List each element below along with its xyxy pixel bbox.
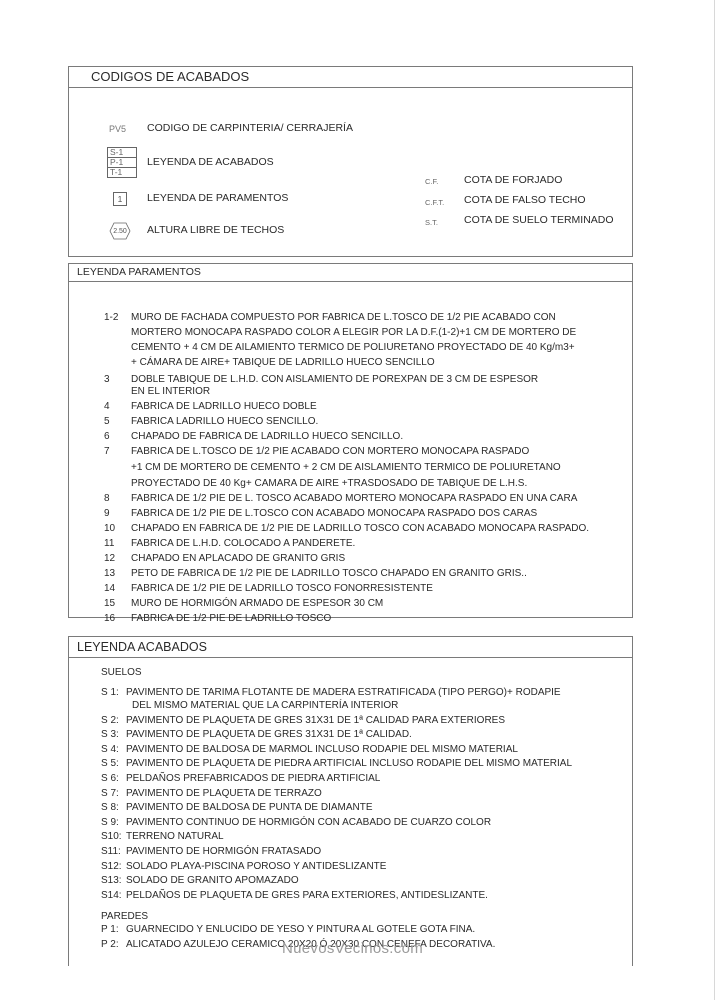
st-abbr: S.T. [425,217,438,229]
leyenda-paramentos-label: LEYENDA DE PARAMENTOS [147,192,288,204]
paramento-text: FABRICA LADRILLO HUECO SENCILLO. [131,416,318,428]
suelos-label: SUELOS [101,667,142,678]
paramento-square-icon: 1 [113,192,127,206]
suelo-code: S10: [101,831,122,843]
cota-falso-techo-label: COTA DE FALSO TECHO [464,194,586,206]
acabados-title: LEYENDA ACABADOS [69,637,632,658]
paramento-text: FABRICA DE 1/2 PIE DE LADRILLO TOSCO FON… [131,583,433,595]
paramento-number: 11 [104,538,114,550]
suelo-text: PAVIMENTO DE PLAQUETA DE GRES 31X31 DE 1… [126,715,505,727]
watermark: NuevosVecinos.com [282,940,423,957]
suelo-text: PAVIMENTO CONTINUO DE HORMIGÓN CON ACABA… [126,817,491,829]
acabados-stack-icon: S-1 P-1 T-1 [107,147,137,178]
paramentos-title: LEYENDA PARAMENTOS [69,264,632,282]
suelo-code: S 9: [101,817,119,829]
suelo-text: PAVIMENTO DE TARIMA FLOTANTE DE MADERA E… [126,687,561,699]
paramento-number: 3 [104,374,110,386]
pared-code: P 1: [101,924,119,936]
paramento-text: DOBLE TABIQUE DE L.H.D. CON AISLAMIENTO … [131,374,538,386]
paramento-text: FABRICA DE 1/2 PIE DE L. TOSCO ACABADO M… [131,493,577,505]
leyenda-paramentos-box: LEYENDA PARAMENTOS 1-2MURO DE FACHADA CO… [68,263,633,618]
suelo-text: SOLADO PLAYA-PISCINA POROSO Y ANTIDESLIZ… [126,861,386,873]
suelo-text: DEL MISMO MATERIAL QUE LA CARPINTERÍA IN… [132,700,398,712]
codigos-de-acabados-box: CODIGOS DE ACABADOS PV5 CODIGO DE CARPIN… [68,66,633,257]
paramento-text: FABRICA DE LADRILLO HUECO DOBLE [131,401,317,413]
cf-abbr: C.F. [425,176,438,188]
leyenda-acabados-label: LEYENDA DE ACABADOS [147,156,274,168]
paramento-text: CHAPADO EN FABRICA DE 1/2 PIE DE LADRILL… [131,523,589,535]
paramento-text: MURO DE FACHADA COMPUESTO POR FABRICA DE… [131,312,556,324]
suelo-text: PAVIMENTO DE HORMIGÓN FRATASADO [126,846,321,858]
suelo-code: S 4: [101,744,119,756]
paramento-text: FABRICA DE 1/2 PIE DE LADRILLO TOSCO [131,613,331,625]
paramento-text: +1 CM DE MORTERO DE CEMENTO + 2 CM DE AI… [131,462,561,474]
paramento-number: 15 [104,598,115,610]
suelo-text: PAVIMENTO DE BALDOSA DE PUNTA DE DIAMANT… [126,802,373,814]
paramento-number: 13 [104,568,115,580]
paredes-label: PAREDES [101,911,148,922]
suelo-text: PELDAÑOS PREFABRICADOS DE PIEDRA ARTIFIC… [126,773,380,785]
paramento-text: CHAPADO EN APLACADO DE GRANITO GRIS [131,553,345,565]
paramento-number: 7 [104,446,110,458]
suelo-code: S 1: [101,687,119,699]
suelo-code: S13: [101,875,122,887]
paramento-text: MURO DE HORMIGÓN ARMADO DE ESPESOR 30 CM [131,598,383,610]
paramento-number: 4 [104,401,110,413]
cft-abbr: C.F.T. [425,197,444,209]
suelo-text: PAVIMENTO DE BALDOSA DE MARMOL INCLUSO R… [126,744,518,756]
suelo-code: S14: [101,890,122,902]
paramento-text: CEMENTO + 4 CM DE AILAMIENTO TERMICO DE … [131,342,575,354]
suelo-code: S 3: [101,729,119,741]
suelo-code: S12: [101,861,122,873]
carpinteria-label: CODIGO DE CARPINTERIA/ CERRAJERÍA [147,122,353,134]
cota-forjado-label: COTA DE FORJADO [464,174,562,186]
suelo-text: SOLADO DE GRANITO APOMAZADO [126,875,299,887]
suelo-text: TERRENO NATURAL [126,831,224,843]
cota-suelo-terminado-label: COTA DE SUELO TERMINADO [464,214,614,226]
suelo-code: S 5: [101,758,119,770]
suelo-text: PAVIMENTO DE PLAQUETA DE GRES 31X31 DE 1… [126,729,412,741]
scan-edge-line [714,0,715,1000]
pared-code: P 2: [101,939,119,951]
paramento-number: 1-2 [104,312,118,324]
paramento-text: FABRICA DE L.H.D. COLOCADO A PANDERETE. [131,538,355,550]
altura-libre-label: ALTURA LIBRE DE TECHOS [147,224,284,236]
suelo-code: S 6: [101,773,119,785]
hexagon-height-value: 2.50 [110,226,130,238]
paramento-text: PROYECTADO DE 40 Kg+ CAMARA DE AIRE +TRA… [131,478,527,490]
paramento-number: 16 [104,613,115,625]
paramento-number: 12 [104,553,115,565]
suelo-code: S 8: [101,802,119,814]
paramento-text: EN EL INTERIOR [131,386,210,398]
paramento-number: 14 [104,583,115,595]
paramento-number: 10 [104,523,115,535]
suelo-code: S11: [101,846,121,858]
paramento-text: PETO DE FABRICA DE 1/2 PIE DE LADRILLO T… [131,568,527,580]
paramento-number: 8 [104,493,110,505]
paramento-number: 5 [104,416,110,428]
suelo-text: PAVIMENTO DE PLAQUETA DE TERRAZO [126,788,322,800]
codigos-title: CODIGOS DE ACABADOS [69,67,632,88]
suelo-code: S 7: [101,788,119,800]
paramento-text: MORTERO MONOCAPA RASPADO COLOR A ELEGIR … [131,327,576,339]
paramento-number: 9 [104,508,110,520]
paramento-text: CHAPADO DE FABRICA DE LADRILLO HUECO SEN… [131,431,403,443]
paramento-text: FABRICA DE L.TOSCO DE 1/2 PIE ACABADO CO… [131,446,529,458]
paramento-number: 6 [104,431,110,443]
suelo-text: PAVIMENTO DE PLAQUETA DE PIEDRA ARTIFICI… [126,758,572,770]
suelo-code: S 2: [101,715,119,727]
paramento-text: FABRICA DE 1/2 PIE DE L.TOSCO CON ACABAD… [131,508,537,520]
paramento-text: + CÁMARA DE AIRE+ TABIQUE DE LADRILLO HU… [131,357,435,369]
stack-t1: T-1 [108,168,136,177]
suelo-text: PELDAÑOS DE PLAQUETA DE GRES PARA EXTERI… [126,890,488,902]
pv5-code-symbol: PV5 [109,123,126,135]
pared-text: GUARNECIDO Y ENLUCIDO DE YESO Y PINTURA … [126,924,475,936]
leyenda-acabados-box: LEYENDA ACABADOS SUELOS S 1:PAVIMENTO DE… [68,636,633,966]
